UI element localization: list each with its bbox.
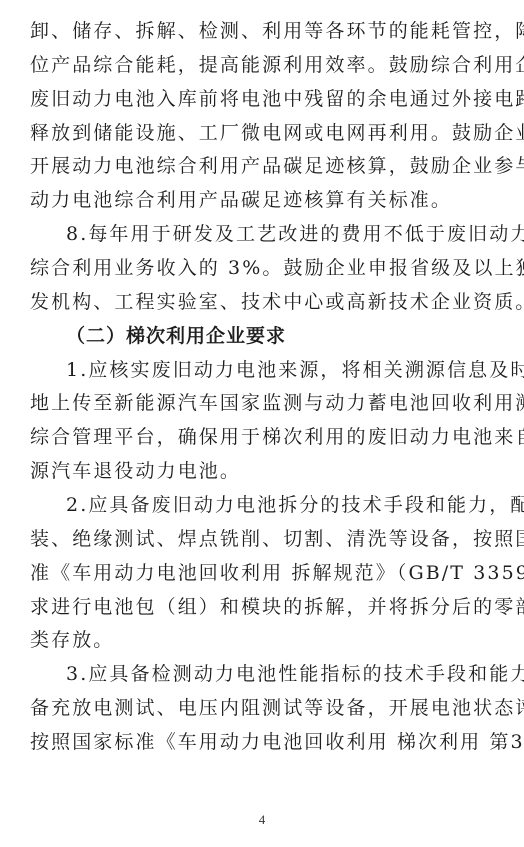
paragraph-line: 类存放。 bbox=[30, 624, 498, 658]
paragraph-line: 发机构、工程实验室、技术中心或高新技术企业资质。 bbox=[30, 286, 498, 320]
paragraph-line: 综合管理平台，确保用于梯次利用的废旧动力电池来自新能 bbox=[30, 421, 498, 455]
paragraph-line: 开展动力电池综合利用产品碳足迹核算，鼓励企业参与制定 bbox=[30, 150, 498, 184]
paragraph-line: 地上传至新能源汽车国家监测与动力蓄电池回收利用溯源 bbox=[30, 387, 498, 421]
paragraph-line: 准《车用动力电池回收利用 拆解规范》（GB/T 33598）要 bbox=[30, 557, 498, 591]
section-heading: （二）梯次利用企业要求 bbox=[30, 320, 498, 354]
paragraph-line: 备充放电测试、电压内阻测试等设备，开展电池状态评估， bbox=[30, 692, 498, 726]
paragraph-line: 按照国家标准《车用动力电池回收利用 梯次利用 第3部分： bbox=[30, 726, 498, 760]
document-page: 卸、储存、拆解、检测、利用等各环节的能耗管控，降低单 位产品综合能耗，提高能源利… bbox=[30, 15, 498, 760]
paragraph-line: 废旧动力电池入库前将电池中残留的余电通过外接电路法 bbox=[30, 83, 498, 117]
paragraph-line: 位产品综合能耗，提高能源利用效率。鼓励综合利用企业在 bbox=[30, 49, 498, 83]
paragraph-line: 源汽车退役动力电池。 bbox=[30, 455, 498, 489]
paragraph-line-item-3: 3.应具备检测动力电池性能指标的技术手段和能力，配 bbox=[30, 658, 498, 692]
paragraph-line-item-8: 8.每年用于研发及工艺改进的费用不低于废旧动力电池 bbox=[30, 218, 498, 252]
paragraph-line: 装、绝缘测试、焊点铣削、切割、清洗等设备，按照国家标 bbox=[30, 523, 498, 557]
paragraph-line: 动力电池综合利用产品碳足迹核算有关标准。 bbox=[30, 184, 498, 218]
paragraph-line-item-1: 1.应核实废旧动力电池来源，将相关溯源信息及时准确 bbox=[30, 354, 498, 388]
paragraph-line: 综合利用业务收入的 3%。鼓励企业申报省级及以上独立研 bbox=[30, 252, 498, 286]
paragraph-line: 卸、储存、拆解、检测、利用等各环节的能耗管控，降低单 bbox=[30, 15, 498, 49]
page-number: 4 bbox=[0, 812, 524, 828]
paragraph-line: 释放到储能设施、工厂微电网或电网再利用。鼓励企业探索 bbox=[30, 117, 498, 151]
paragraph-line: 求进行电池包（组）和模块的拆解，并将拆分后的零部件分 bbox=[30, 591, 498, 625]
paragraph-line-item-2: 2.应具备废旧动力电池拆分的技术手段和能力，配备吊 bbox=[30, 489, 498, 523]
